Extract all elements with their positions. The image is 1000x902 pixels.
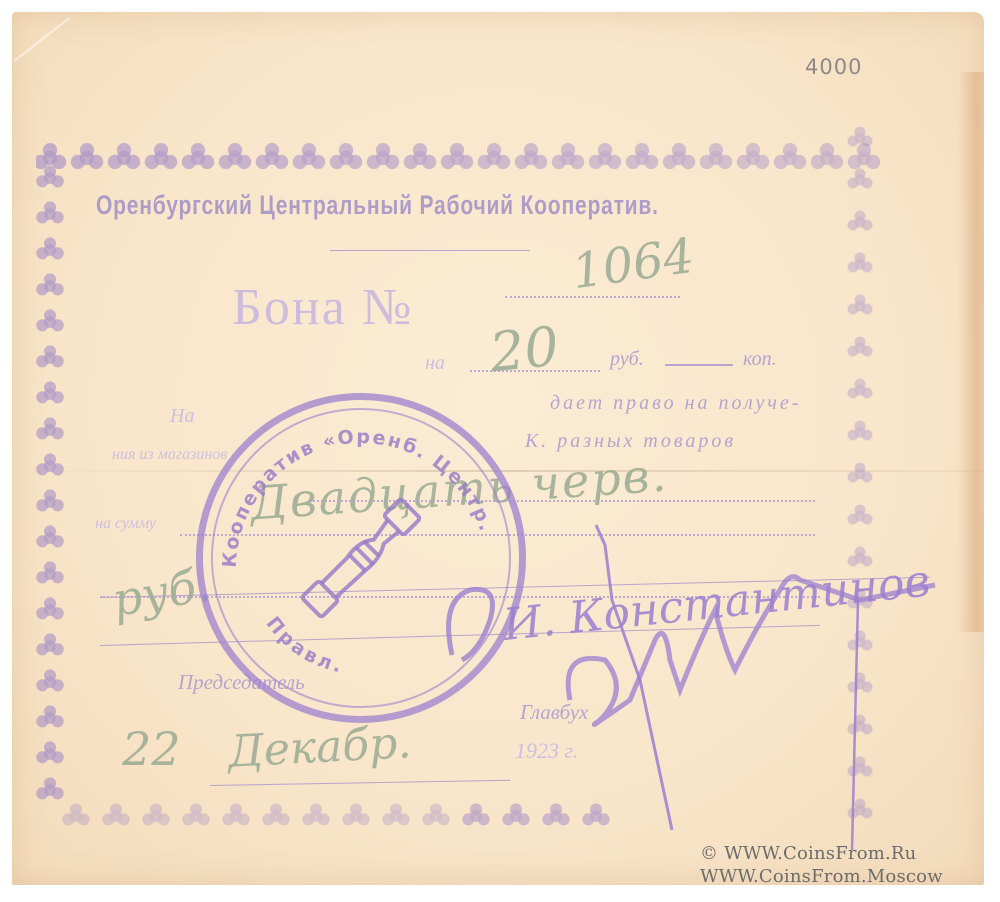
- kop-label: коп.: [743, 348, 777, 371]
- rub-label: руб.: [610, 348, 644, 371]
- amount-prefix: на: [425, 352, 445, 375]
- pencil-price-note: 4000: [805, 55, 862, 79]
- water-stain: [958, 72, 984, 632]
- watermark-line2: WWW.CoinsFrom.Moscow: [700, 866, 943, 887]
- cooperative-stamp: Кооператив «Оренб. Центр. Правл.: [196, 393, 526, 723]
- date-year: 1923 г.: [515, 738, 578, 764]
- svg-text:Кооператив «Оренб. Центр.: Кооператив «Оренб. Центр.: [219, 426, 498, 569]
- date-day: 22: [122, 722, 181, 776]
- date-month: Декабр.: [227, 717, 413, 778]
- watermark-line1: © WWW.CoinsFrom.Ru: [700, 843, 916, 864]
- corner-crease: [14, 17, 70, 62]
- kop-blank-line: [665, 364, 733, 366]
- body-line1: дает право на получе-: [550, 392, 801, 415]
- body-line3-start: на сумму: [95, 515, 156, 533]
- svg-text:Правл.: Правл.: [262, 613, 346, 678]
- handshake-icon: Кооператив «Оренб. Центр. Правл.: [196, 393, 526, 723]
- title-underline: [330, 250, 530, 251]
- amount-rubles: 20: [487, 315, 562, 385]
- chief-accountant-label: Главбух: [520, 700, 588, 725]
- voucher-heading: Бона №: [232, 278, 413, 337]
- issuer-title: Оренбургский Центральный Рабочий Коопера…: [96, 190, 659, 221]
- body-line1-start: На: [170, 405, 194, 428]
